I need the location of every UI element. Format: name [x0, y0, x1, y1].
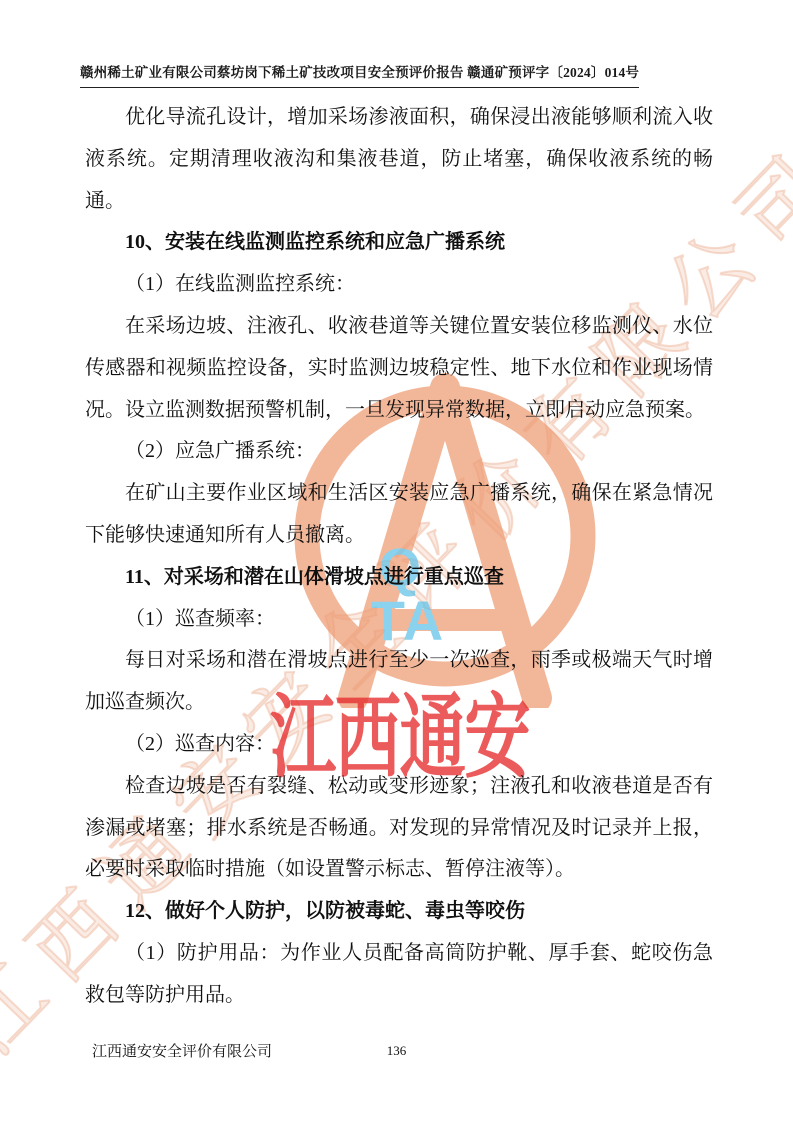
- document-body: 优化导流孔设计，增加采场渗液面积，确保浸出液能够顺利流入收液系统。定期清理收液沟…: [85, 97, 713, 1017]
- paragraph-optimize-drainage: 优化导流孔设计，增加采场渗液面积，确保浸出液能够顺利流入收液系统。定期清理收液沟…: [85, 97, 713, 222]
- subheading-online-monitoring: （1）在线监测监控系统：: [85, 264, 713, 306]
- paragraph-patrol-frequency-detail: 每日对采场和潜在滑坡点进行至少一次巡查，雨季或极端天气时增加巡查频次。: [85, 640, 713, 724]
- content-layer: 赣州稀土矿业有限公司蔡坊岗下稀土矿技改项目安全预评价报告 赣通矿预评字〔2024…: [0, 0, 793, 1122]
- paragraph-broadcast-detail: 在矿山主要作业区域和生活区安装应急广播系统，确保在紧急情况下能够快速通知所有人员…: [85, 473, 713, 557]
- section-heading-11: 11、对采场和潜在山体滑坡点进行重点巡查: [85, 557, 713, 599]
- document-page: 江西通安安全评价有限公司 Q TA 江西通安 赣州稀土矿业有限公司蔡坊岗下稀土矿…: [0, 0, 793, 1122]
- subheading-patrol-content: （2）巡查内容：: [85, 724, 713, 766]
- paragraph-patrol-content-detail: 检查边坡是否有裂缝、松动或变形迹象；注液孔和收液巷道是否有渗漏或堵塞；排水系统是…: [85, 766, 713, 891]
- page-number: 136: [0, 1043, 793, 1059]
- subheading-patrol-frequency: （1）巡查频率：: [85, 599, 713, 641]
- section-heading-12: 12、做好个人防护，以防被毒蛇、毒虫等咬伤: [85, 891, 713, 933]
- report-header-title: 赣州稀土矿业有限公司蔡坊岗下稀土矿技改项目安全预评价报告 赣通矿预评字〔2024…: [80, 61, 639, 88]
- section-heading-10: 10、安装在线监测监控系统和应急广播系统: [85, 222, 713, 264]
- paragraph-monitoring-detail: 在采场边坡、注液孔、收液巷道等关键位置安装位移监测仪、水位传感器和视频监控设备，…: [85, 306, 713, 431]
- subheading-emergency-broadcast: （2）应急广播系统：: [85, 431, 713, 473]
- paragraph-protective-equipment: （1）防护用品：为作业人员配备高筒防护靴、厚手套、蛇咬伤急救包等防护用品。: [85, 933, 713, 1017]
